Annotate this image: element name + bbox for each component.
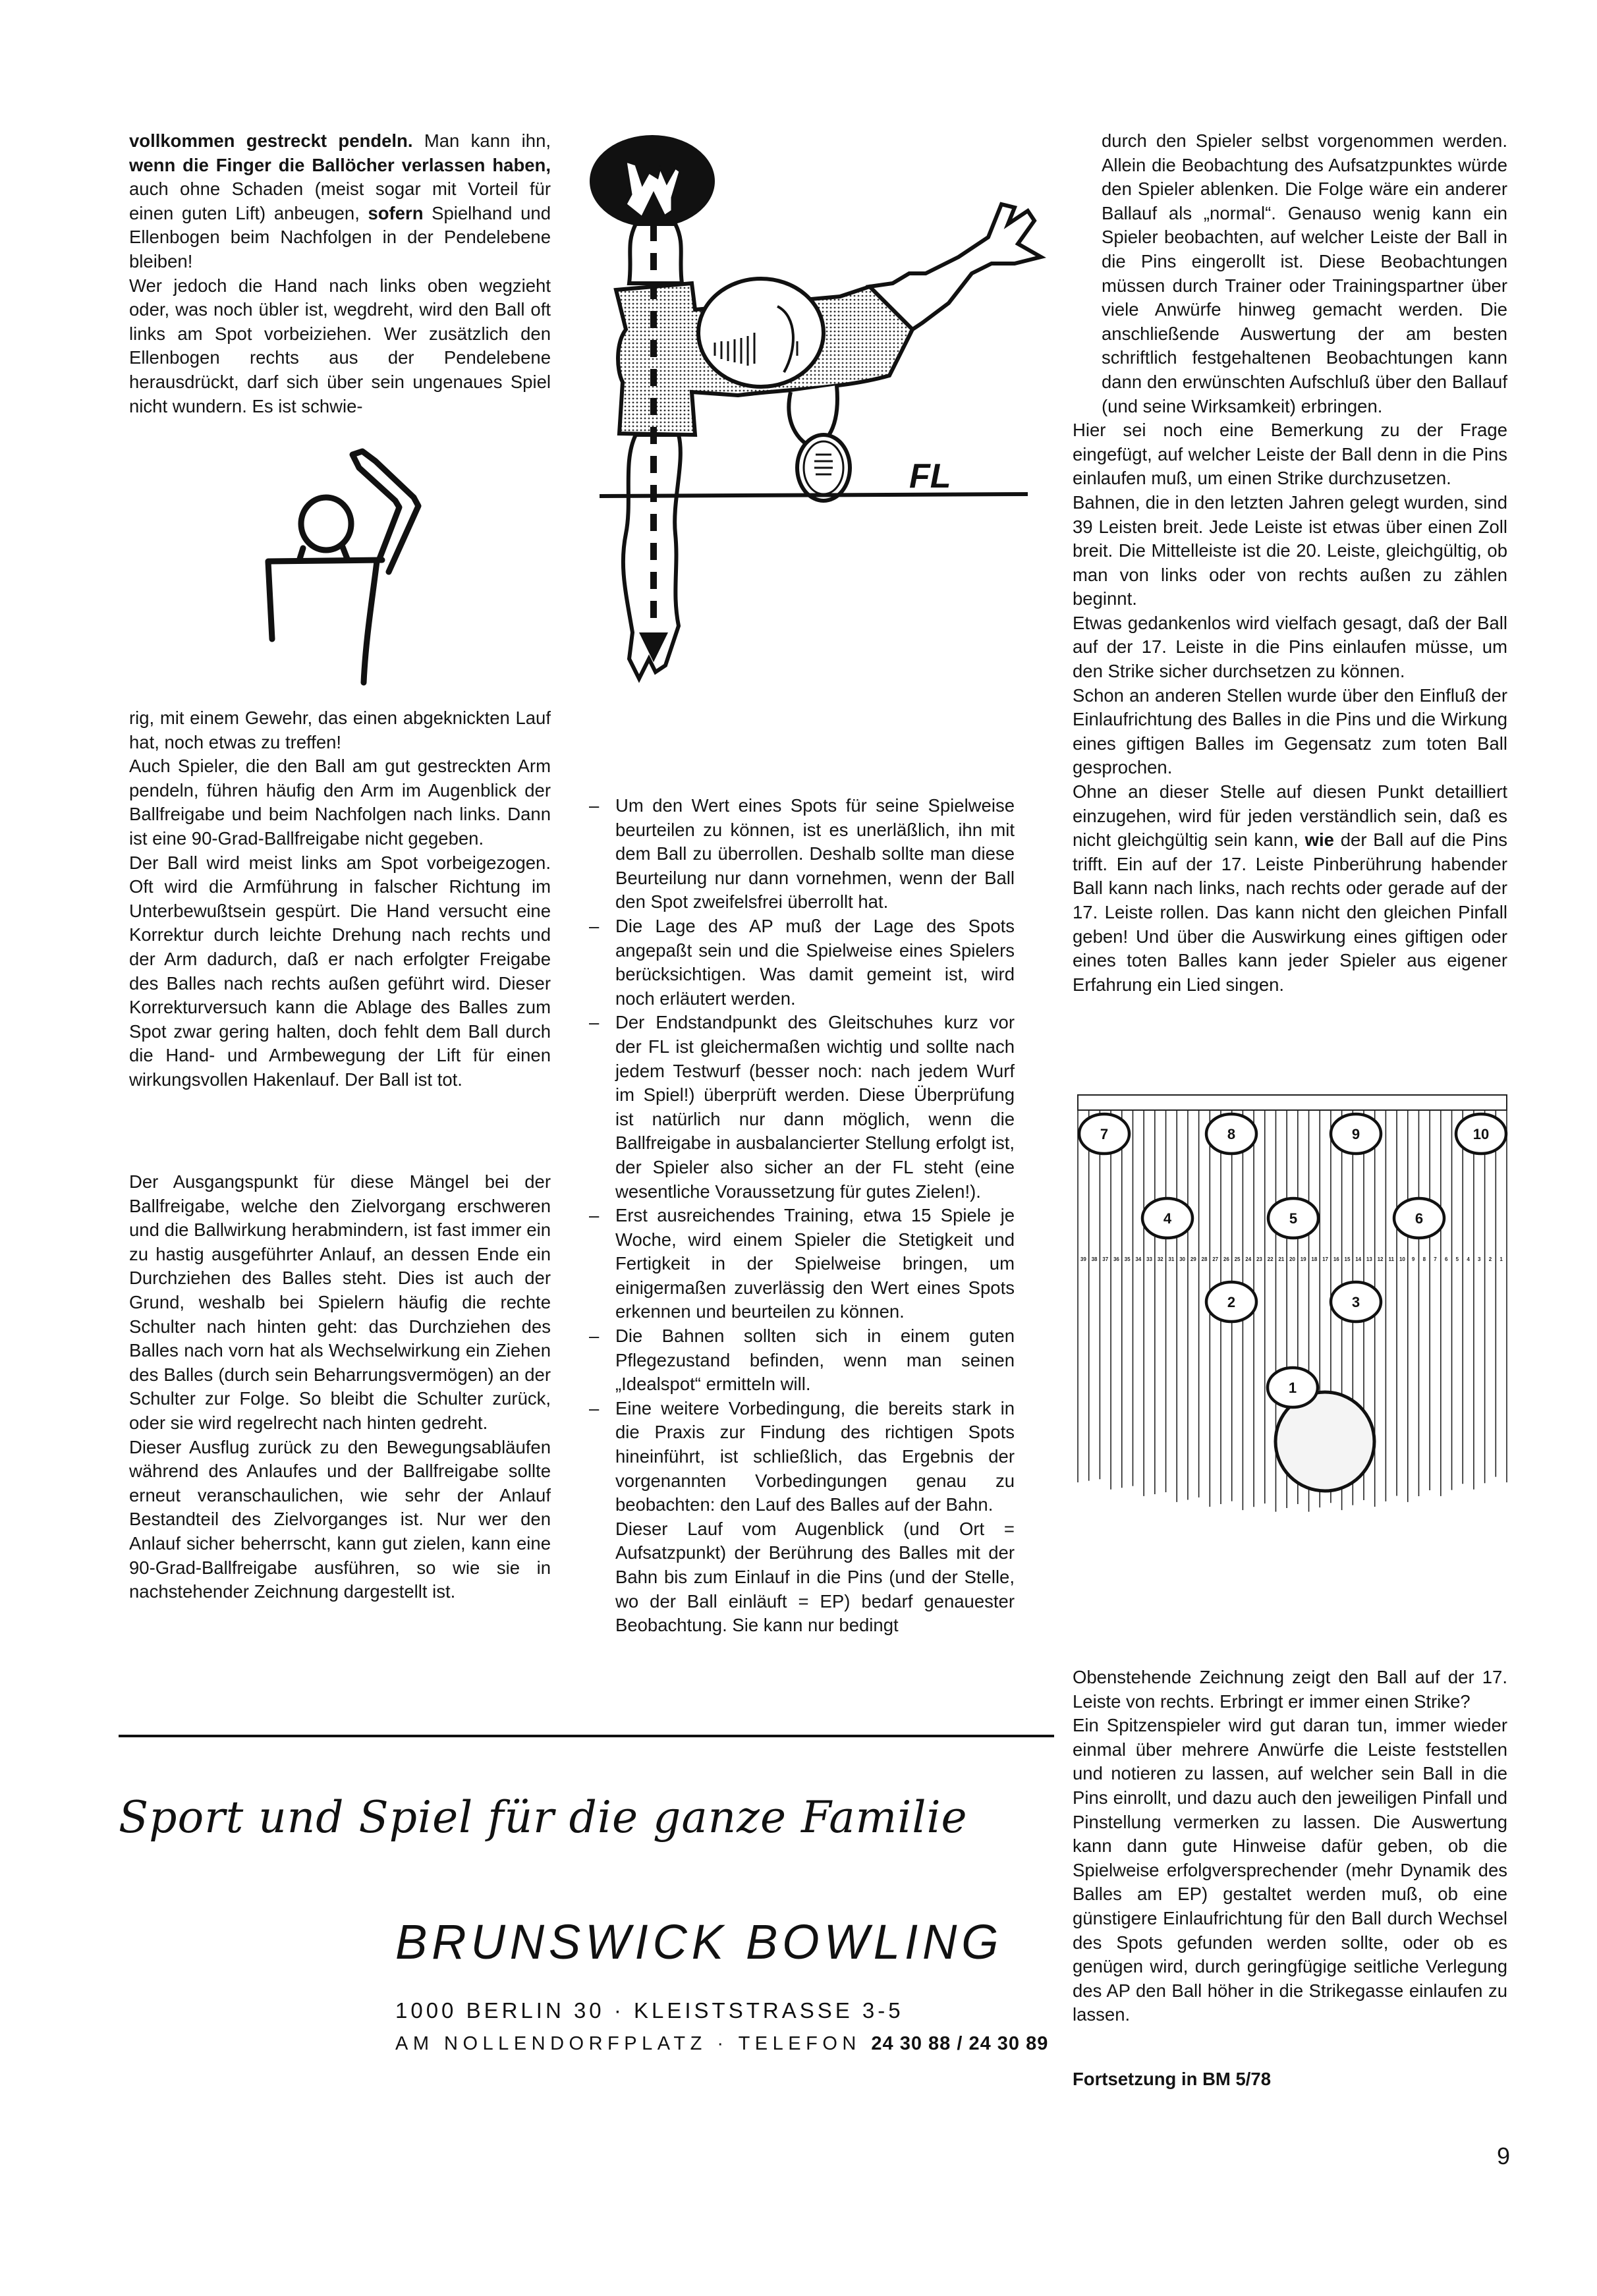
ad-location: AM NOLLENDORFPLATZ · TELEFON — [395, 2033, 871, 2054]
pin-number: 5 — [1289, 1210, 1297, 1227]
pin-number: 6 — [1415, 1210, 1423, 1227]
pin-number: 10 — [1473, 1126, 1489, 1142]
board-number: 21 — [1278, 1256, 1284, 1262]
board-number: 25 — [1235, 1256, 1241, 1262]
board-number: 37 — [1102, 1256, 1108, 1262]
pin-number: 9 — [1352, 1126, 1360, 1142]
board-number: 35 — [1125, 1256, 1131, 1262]
board-number: 9 — [1412, 1256, 1415, 1262]
board-number: 28 — [1202, 1256, 1208, 1262]
board-number: 27 — [1212, 1256, 1218, 1262]
board-number: 39 — [1080, 1256, 1086, 1262]
board-number: 24 — [1245, 1256, 1251, 1262]
board-number: 26 — [1223, 1256, 1229, 1262]
board-number: 38 — [1092, 1256, 1098, 1262]
board-number: 8 — [1423, 1256, 1426, 1262]
board-number: 22 — [1268, 1256, 1274, 1262]
board-number: 31 — [1168, 1256, 1174, 1262]
board-number: 17 — [1322, 1256, 1328, 1262]
continuation-note: Fortsetzung in BM 5/78 — [1073, 2069, 1271, 2090]
ad-brand-name: BRUNSWICK BOWLING — [395, 1914, 1003, 1970]
board-number: 5 — [1456, 1256, 1459, 1262]
board-number: 6 — [1445, 1256, 1448, 1262]
board-number: 20 — [1289, 1256, 1295, 1262]
pin-number: 2 — [1227, 1294, 1235, 1310]
board-number: 18 — [1311, 1256, 1317, 1262]
paragraph: Ein Spitzenspieler wird gut daran tun, i… — [1073, 1714, 1507, 2027]
pin-number: 4 — [1163, 1210, 1172, 1227]
board-number: 23 — [1256, 1256, 1262, 1262]
pin-deck-rail — [1078, 1095, 1507, 1110]
board-number: 32 — [1158, 1256, 1163, 1262]
pin-number: 1 — [1289, 1380, 1297, 1396]
ad-address-line-1: 1000 BERLIN 30 · KLEISTSTRASSE 3-5 — [395, 1998, 904, 2023]
ad-top-rule — [119, 1735, 1054, 1737]
board-number: 2 — [1489, 1256, 1492, 1262]
pin-number: 3 — [1352, 1294, 1360, 1310]
board-number: 34 — [1135, 1256, 1141, 1262]
board-number: 14 — [1355, 1256, 1361, 1262]
pin-number: 7 — [1100, 1126, 1108, 1142]
board-number: 29 — [1191, 1256, 1196, 1262]
ad-phone: 24 30 88 / 24 30 89 — [871, 2033, 1048, 2054]
board-number: 1 — [1499, 1256, 1503, 1262]
ad-address-line-2: AM NOLLENDORFPLATZ · TELEFON 24 30 88 / … — [395, 2033, 1048, 2055]
paragraph: Obenstehende Zeichnung zeigt den Ball au… — [1073, 1666, 1507, 1714]
board-number: 11 — [1388, 1256, 1394, 1262]
ad-slogan: Sport und Spiel für die ganze Familie — [119, 1792, 1001, 1843]
board-number: 10 — [1399, 1256, 1405, 1262]
board-number: 30 — [1179, 1256, 1185, 1262]
column-3-bottom: Obenstehende Zeichnung zeigt den Ball au… — [1073, 1666, 1507, 2027]
board-number: 3 — [1478, 1256, 1481, 1262]
board-number: 16 — [1333, 1256, 1339, 1262]
board-number: 12 — [1378, 1256, 1384, 1262]
board-number: 33 — [1146, 1256, 1152, 1262]
board-number: 13 — [1366, 1256, 1372, 1262]
board-number: 36 — [1113, 1256, 1119, 1262]
pin-number: 8 — [1227, 1126, 1235, 1142]
page-number: 9 — [1497, 2142, 1510, 2170]
board-number: 19 — [1301, 1256, 1306, 1262]
board-number: 4 — [1467, 1256, 1470, 1262]
board-number: 7 — [1434, 1256, 1437, 1262]
board-number: 15 — [1345, 1256, 1351, 1262]
